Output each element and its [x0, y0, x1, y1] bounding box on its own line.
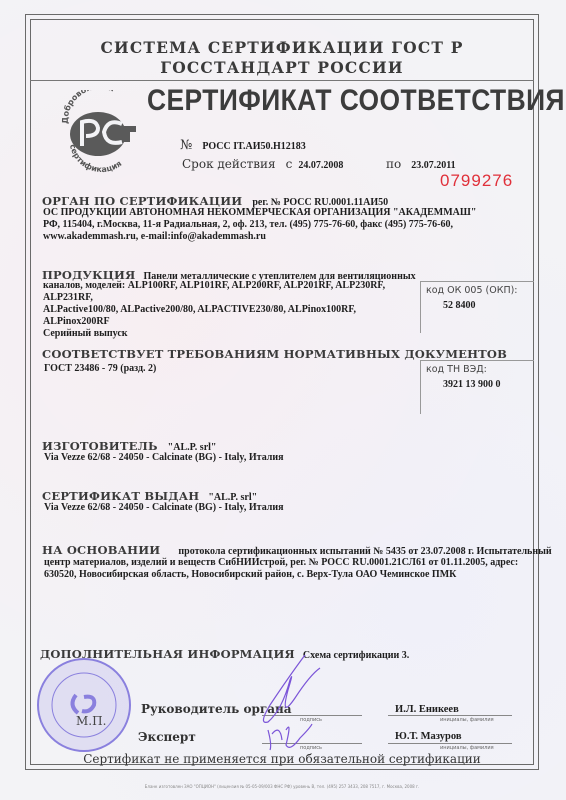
- number-label: №: [180, 138, 192, 153]
- expert-name-line: [388, 743, 512, 744]
- rst-logo-icon: Добровольная сертификация: [60, 90, 140, 175]
- product-line: ALP231RF,: [43, 292, 93, 305]
- issued-to-heading: СЕРТИФИКАТ ВЫДАН: [42, 489, 199, 503]
- printer-imprint: Бланк изготовлен ЗАО "ОПЦИОН" (лицензия …: [30, 784, 534, 789]
- tnved-code-label: код ТН ВЭД:: [426, 364, 487, 375]
- certificate-title: СЕРТИФИКАТ СООТВЕТСТВИЯ: [147, 84, 565, 118]
- handwritten-signature-icon: [250, 650, 330, 760]
- okp-code-box: код ОК 005 (ОКП): 52 8400: [420, 281, 534, 333]
- validity-row: Срок действия с 24.07.2008: [182, 155, 343, 173]
- expert-label: Эксперт: [138, 730, 196, 744]
- issued-to-address: Via Vezze 62/68 - 24050 - Calcinate (BG)…: [44, 502, 284, 515]
- system-title-line2: ГОССТАНДАРТ РОССИИ: [30, 58, 534, 77]
- basis-line: центр материалов, изделий и веществ СибН…: [44, 557, 518, 570]
- okp-code-value: 52 8400: [443, 300, 476, 311]
- manufacturer-address: Via Vezze 62/68 - 24050 - Calcinate (BG)…: [44, 452, 284, 465]
- tnved-code-box: код ТН ВЭД: 3921 13 900 0: [420, 360, 534, 414]
- conformity-heading: СООТВЕТСТВУЕТ ТРЕБОВАНИЯМ НОРМАТИВНЫХ ДО…: [42, 347, 507, 361]
- product-line: ALPinox200RF: [43, 316, 110, 329]
- certification-body-web: www.akademmash.ru, e-mail:info@akademmas…: [43, 231, 266, 244]
- product-line: каналов, моделей: ALP100RF, ALP101RF, AL…: [43, 280, 385, 293]
- conformity-standard: ГОСТ 23486 - 79 (разд. 2): [44, 363, 156, 376]
- expert-name-caption: инициалы, фамилия: [440, 745, 494, 751]
- basis-line: 630520, Новосибирская область, Новосибир…: [44, 569, 456, 582]
- basis-line: протокола сертификационных испытаний № 5…: [178, 546, 551, 557]
- certificate-number-row: № РОСС IT.АИ50.Н12183: [180, 136, 306, 154]
- certification-body-name: ОС ПРОДУКЦИИ АВТОНОМНАЯ НЕКОММЕРЧЕСКАЯ О…: [43, 207, 476, 220]
- basis-heading: НА ОСНОВАНИИ: [42, 543, 160, 557]
- stamp-place-label: М.П.: [76, 714, 106, 728]
- serial-number: 0799276: [440, 171, 513, 191]
- okp-code-label: код ОК 005 (ОКП):: [426, 285, 518, 296]
- manufacturer-heading: ИЗГОТОВИТЕЛЬ: [42, 439, 158, 453]
- system-title-line1: СИСТЕМА СЕРТИФИКАЦИИ ГОСТ Р: [30, 38, 534, 57]
- expert-name: Ю.Т. Мазуров: [395, 731, 462, 744]
- tnved-code-value: 3921 13 900 0: [443, 379, 501, 390]
- from-label: с: [286, 157, 293, 171]
- header-divider: [30, 80, 534, 81]
- validity-label: Срок действия: [182, 157, 276, 171]
- head-name-caption: инициалы, фамилия: [440, 717, 494, 723]
- certificate-number: РОСС IT.АИ50.Н12183: [202, 141, 306, 152]
- valid-to-date: 23.07.2011: [411, 160, 455, 171]
- seal-stamp-icon: [34, 655, 134, 755]
- footer-note: Сертификат не применяется при обязательн…: [30, 752, 534, 766]
- certification-body-heading: ОРГАН ПО СЕРТИФИКАЦИИ: [42, 194, 242, 208]
- certification-body-address: РФ, 115404, г.Москва, 11-я Радиальная, 2…: [43, 219, 453, 232]
- product-serial-production: Серийный выпуск: [43, 328, 128, 341]
- head-name-line: [388, 715, 512, 716]
- valid-from-date: 24.07.2008: [298, 160, 343, 171]
- product-line: ALPactive100/80, ALPactive200/80, ALPACT…: [43, 304, 356, 317]
- to-label: по: [386, 157, 401, 171]
